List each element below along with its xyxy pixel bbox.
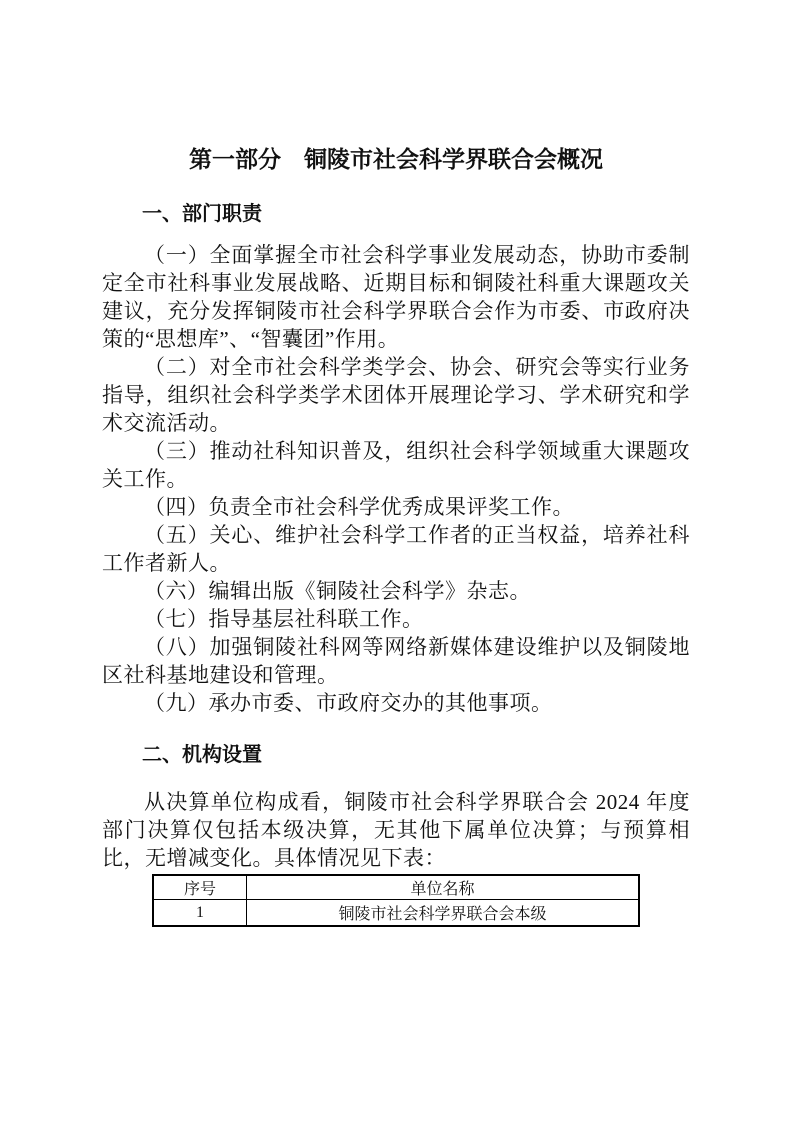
- page-title: 第一部分 铜陵市社会科学界联合会概况: [102, 145, 690, 173]
- table-cell-index: 1: [153, 900, 247, 927]
- duties-paragraph-list: （一）全面掌握全市社会科学事业发展动态，协助市委制定全市社科事业发展战略、近期目…: [102, 241, 690, 717]
- section-heading-duties: 一、部门职责: [102, 202, 690, 226]
- section-heading-organization: 二、机构设置: [102, 743, 690, 767]
- page-content: 第一部分 铜陵市社会科学界联合会概况 一、部门职责 （一）全面掌握全市社会科学事…: [102, 0, 690, 927]
- duty-paragraph-3: （三）推动社科知识普及，组织社会科学领域重大课题攻关工作。: [102, 437, 690, 493]
- table-cell-unit-name: 铜陵市社会科学界联合会本级: [247, 900, 640, 927]
- duty-paragraph-5: （五）关心、维护社会科学工作者的正当权益，培养社科工作者新人。: [102, 521, 690, 577]
- duty-paragraph-4: （四）负责全市社会科学优秀成果评奖工作。: [102, 493, 690, 521]
- document-page: 第一部分 铜陵市社会科学界联合会概况 一、部门职责 （一）全面掌握全市社会科学事…: [0, 0, 793, 1122]
- table-header-unit-name: 单位名称: [247, 875, 640, 900]
- duty-paragraph-1: （一）全面掌握全市社会科学事业发展动态，协助市委制定全市社科事业发展战略、近期目…: [102, 241, 690, 353]
- organization-paragraph-list: 从决算单位构成看，铜陵市社会科学界联合会 2024 年度部门决算仅包括本级决算，…: [102, 788, 690, 872]
- duty-paragraph-6: （六）编辑出版《铜陵社会科学》杂志。: [102, 577, 690, 605]
- table-header-row: 序号 单位名称: [153, 875, 639, 900]
- table-row: 1 铜陵市社会科学界联合会本级: [153, 900, 639, 927]
- duty-paragraph-7: （七）指导基层社科联工作。: [102, 605, 690, 633]
- unit-table: 序号 单位名称 1 铜陵市社会科学界联合会本级: [152, 874, 640, 927]
- table-header-index: 序号: [153, 875, 247, 900]
- duty-paragraph-8: （八）加强铜陵社科网等网络新媒体建设维护以及铜陵地区社科基地建设和管理。: [102, 633, 690, 689]
- duty-paragraph-2: （二）对全市社会科学类学会、协会、研究会等实行业务指导，组织社会科学类学术团体开…: [102, 353, 690, 437]
- organization-paragraph: 从决算单位构成看，铜陵市社会科学界联合会 2024 年度部门决算仅包括本级决算，…: [102, 788, 690, 872]
- duty-paragraph-9: （九）承办市委、市政府交办的其他事项。: [102, 689, 690, 717]
